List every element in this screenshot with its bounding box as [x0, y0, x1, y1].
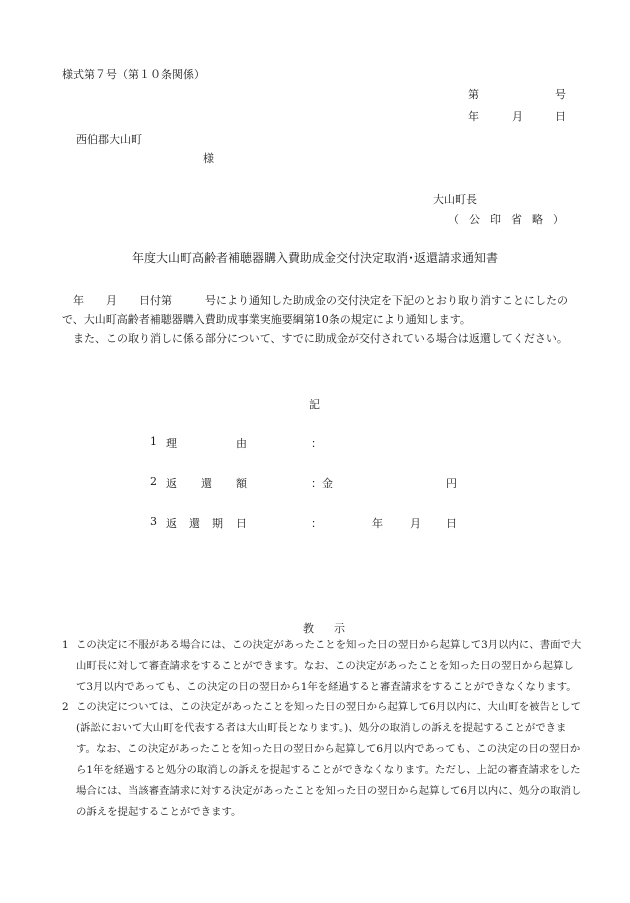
issue-date-year: 年 — [468, 108, 479, 124]
issue-date-month: 月 — [512, 108, 523, 124]
sender-title: 大山町長 — [433, 191, 477, 207]
item-value: ：金 — [311, 475, 333, 491]
seal-char: ） — [548, 211, 569, 227]
issue-date-day: 日 — [555, 108, 566, 124]
deadline-month: 月 — [410, 515, 421, 531]
seal-char: 略 — [527, 211, 548, 227]
item-label-char: 返 — [166, 515, 177, 531]
deadline-day: 日 — [446, 515, 457, 531]
notice-heading-char: 示 — [334, 622, 345, 635]
item-label-char: 還 — [189, 515, 200, 531]
body-text: 年 月 日付第 号により通知した助成金の交付決定を下記のとおり取り消すことにした… — [62, 291, 577, 348]
item-label-char: 額 — [236, 475, 247, 491]
item-label-char: 由 — [236, 435, 247, 451]
deadline-year: 年 — [372, 515, 383, 531]
item-refund-amount: 2 返 還 額 ：金 円 — [0, 475, 630, 491]
seal-char: 省 — [506, 211, 527, 227]
seal-omitted-note: （公印省略） — [443, 211, 569, 227]
notice-item-text: この決定に不服がある場合には、この決定があったことを知った日の翌日から起算して3… — [62, 635, 582, 698]
notice-item-number: 2 — [62, 697, 69, 718]
notice-item-number: 1 — [62, 635, 69, 656]
item-number: 3 — [150, 515, 157, 528]
item-unit: 円 — [446, 475, 457, 491]
form-number: 様式第７号（第１０条関係） — [62, 66, 205, 82]
notice-heading-char: 教 — [303, 622, 314, 635]
item-label-char: 期 — [212, 515, 223, 531]
item-value: ： — [311, 515, 322, 531]
notice-heading: 教示 — [303, 620, 345, 636]
item-number: 2 — [150, 475, 157, 488]
addressee-honorific: 様 — [203, 150, 214, 166]
document-title: 年度大山町高齢者補聴器購入費助成金交付決定取消･返還請求通知書 — [0, 249, 630, 266]
body-paragraph: また、この取り消しに係る部分について、すでに助成金が交付されている場合は返還して… — [62, 329, 577, 348]
notice-item-text: この決定については、この決定があったことを知った日の翌日から起算して6月以内に、… — [62, 697, 582, 823]
item-label-char: 日 — [236, 515, 247, 531]
item-label-char: 理 — [166, 435, 177, 451]
item-label-char: 還 — [201, 475, 212, 491]
notice-item: 1 この決定に不服がある場合には、この決定があったことを知った日の翌日から起算し… — [62, 635, 582, 698]
item-reason: 1 理 由 ： — [0, 435, 630, 451]
item-value: ： — [311, 435, 322, 451]
ki-heading: 記 — [309, 396, 320, 412]
item-label-char: 返 — [166, 475, 177, 491]
notice-item: 2 この決定については、この決定があったことを知った日の翌日から起算して6月以内… — [62, 697, 582, 823]
reference-number-prefix: 第 — [468, 86, 479, 102]
body-paragraph: 年 月 日付第 号により通知した助成金の交付決定を下記のとおり取り消すことにした… — [62, 291, 577, 329]
seal-char: 公 — [464, 211, 485, 227]
seal-char: 印 — [485, 211, 506, 227]
reference-number-suffix: 号 — [555, 86, 566, 102]
seal-char: （ — [443, 211, 464, 227]
item-refund-deadline: 3 返 還 期 日 ： 年 月 日 — [0, 515, 630, 531]
addressee-address: 西伯郡大山町 — [76, 131, 142, 147]
item-number: 1 — [150, 435, 157, 448]
